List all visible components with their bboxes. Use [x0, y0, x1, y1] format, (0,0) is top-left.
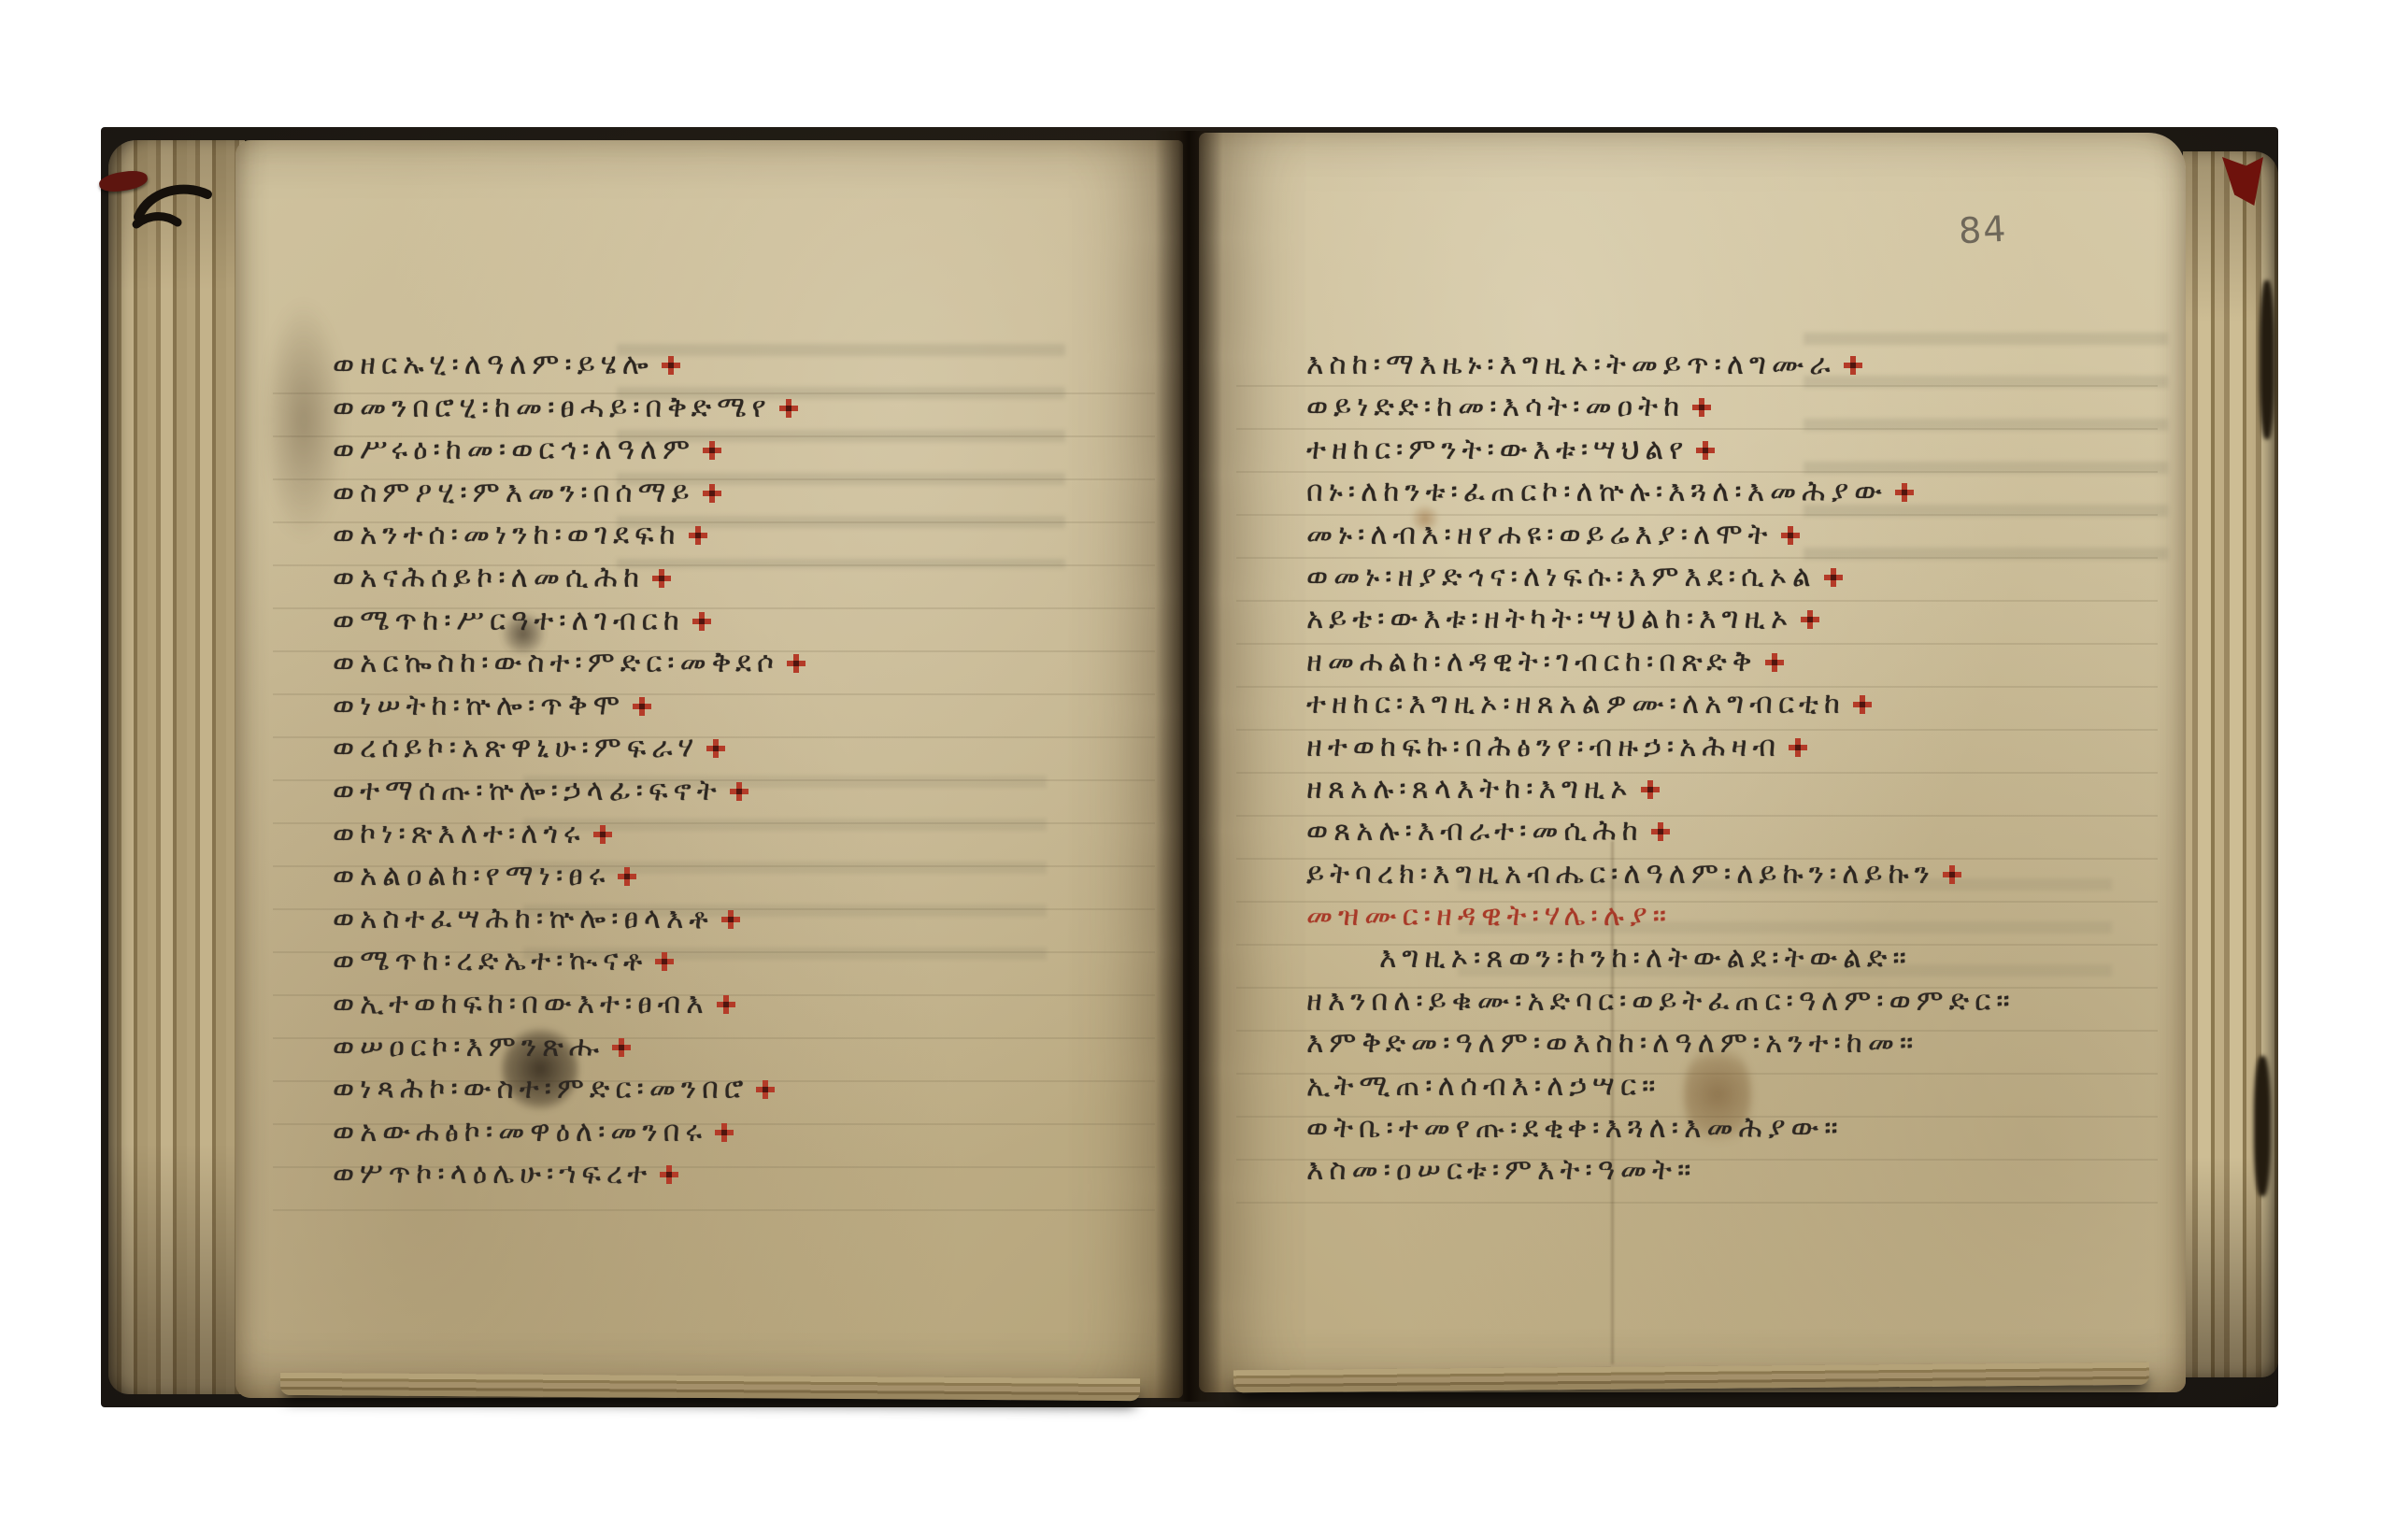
- line-text: ወመንበሮሂ፡ከመ፡ፀሓይ፡በቅድሜየ: [333, 391, 772, 424]
- line-text: ወመኑ፡ዘያድኅና፡ለነፍሱ፡እምእደ፡ሲኦል: [1306, 560, 1817, 593]
- cross-mark-icon: [706, 739, 725, 758]
- line-text: መኑ፡ለብእ፡ዘየሐዩ፡ወይሬእያ፡ለሞት: [1306, 518, 1774, 551]
- text-line: ወአስተፈሣሕከ፡ኵሎ፡ፀላእቶ: [333, 898, 1155, 941]
- cross-mark-icon: [730, 782, 749, 801]
- line-text: እስመ፡ዐሠርቱ፡ምእት፡ዓመት።: [1306, 1153, 1696, 1187]
- text-line: ወስምዖሂ፡ምእመን፡በሰማይ: [333, 472, 1155, 515]
- line-text: ዘጸአሉ፡ጸላእትከ፡እግዚኦ: [1306, 772, 1633, 806]
- line-text: ወነጻሕኮ፡ውስተ፡ምድር፡መንበሮ: [333, 1072, 749, 1105]
- text-line: ወመንበሮሂ፡ከመ፡ፀሓይ፡በቅድሜየ: [333, 387, 1155, 430]
- cross-mark-icon: [1765, 653, 1784, 672]
- cross-mark-icon: [717, 995, 735, 1014]
- text-line: ወአውሐፅኮ፡መዋዕለ፡መንበሩ: [333, 1111, 1155, 1154]
- text-line: ወሜጥከ፡ረድኤተ፡ኲናቶ: [333, 940, 1155, 983]
- cross-mark-icon: [1824, 568, 1843, 587]
- line-text: ወአስተፈሣሕከ፡ኵሎ፡ፀላእቶ: [333, 902, 714, 935]
- cross-mark-icon: [1844, 356, 1862, 375]
- line-text: ወዘርኡሂ፡ለዓለም፡ይሄሎ: [333, 348, 654, 381]
- cross-mark-icon: [1651, 822, 1670, 841]
- line-text: ወሠዐርኮ፡እምንጽሑ: [333, 1030, 605, 1063]
- cross-mark-icon: [652, 569, 671, 588]
- text-line: ተዘከር፡ምንት፡ውእቱ፡ሣህልየ: [1306, 429, 2185, 471]
- line-text: ወኮነ፡ጽእለተ፡ለጎሩ: [333, 817, 586, 850]
- line-text: አይቴ፡ውእቱ፡ዘትካት፡ሣህልከ፡እግዚኦ: [1306, 602, 1793, 635]
- rubric-line: መዝሙር፡ዘዳዊት፡ሃሌ፡ሉያ።: [1306, 895, 2185, 937]
- cross-mark-icon: [612, 1038, 631, 1057]
- text-line: በኑ፡ለከንቱ፡ፈጠርኮ፡ለኵሉ፡እጓለ፡እመሕያው: [1306, 471, 2185, 513]
- line-text: ኢትሚጠ፡ለሰብእ፡ለኃሣር።: [1306, 1069, 1661, 1103]
- cross-mark-icon: [1801, 610, 1819, 629]
- cross-mark-icon: [787, 654, 806, 673]
- line-text: ወአናሕሰይኮ፡ለመሲሕከ: [333, 561, 645, 594]
- text-line: ዘጸአሉ፡ጸላእትከ፡እግዚኦ: [1306, 768, 2185, 810]
- line-text: ወሜጥከ፡ሥርዓተ፡ለገብርከ: [333, 604, 685, 637]
- cross-mark-icon: [593, 825, 612, 844]
- line-text: ዘእንበለ፡ይቁሙ፡አድባር፡ወይትፈጠር፡ዓለም፡ወምድር።: [1306, 984, 2016, 1018]
- cross-mark-icon: [721, 910, 740, 929]
- cross-mark-icon: [1853, 695, 1872, 714]
- cross-mark-icon: [779, 399, 798, 418]
- line-text: ወአርኰስከ፡ውስተ፡ምድር፡መቅደሶ: [333, 646, 779, 679]
- text-line: ወነሠትከ፡ኵሎ፡ጥቅሞ: [333, 685, 1155, 728]
- line-text: ወትቤ፡ተመየጡ፡ደቂቀ፡እጓለ፡እመሕያው።: [1306, 1111, 1844, 1145]
- leaf-gap: [2260, 280, 2274, 439]
- line-text: ዘተወከፍኩ፡በሕፅንየ፡ብዙኃ፡አሕዛብ: [1306, 730, 1781, 763]
- cross-mark-icon: [1696, 441, 1715, 460]
- cross-mark-icon: [660, 1165, 678, 1184]
- text-line: ወዘርኡሂ፡ለዓለም፡ይሄሎ: [333, 344, 1155, 387]
- cross-mark-icon: [662, 356, 680, 375]
- cross-mark-icon: [618, 867, 636, 886]
- text-line: መኑ፡ለብእ፡ዘየሐዩ፡ወይሬእያ፡ለሞት: [1306, 514, 2185, 556]
- right-page-text: እስከ፡ማእዜኑ፡እግዚኦ፡ትመይጥ፡ለግሙራ ወይነድድ፡ከመ፡እሳት፡መዐት…: [1306, 344, 2185, 1192]
- line-text: መዝሙር፡ዘዳዊት፡ሃሌ፡ሉያ።: [1306, 899, 1672, 933]
- text-line: ዘተወከፍኩ፡በሕፅንየ፡ብዙኃ፡አሕዛብ: [1306, 726, 2185, 768]
- line-text: በኑ፡ለከንቱ፡ፈጠርኮ፡ለኵሉ፡እጓለ፡እመሕያው: [1306, 475, 1888, 508]
- text-line: ወሦጥኮ፡ላዕሌሁ፡ኀፍረተ: [333, 1153, 1155, 1196]
- line-text: ወሦጥኮ፡ላዕሌሁ፡ኀፍረተ: [333, 1157, 652, 1191]
- text-line: ወመኑ፡ዘያድኅና፡ለነፍሱ፡እምእደ፡ሲኦል: [1306, 556, 2185, 598]
- text-line: ወሠዐርኮ፡እምንጽሑ: [333, 1026, 1155, 1069]
- line-text: እግዚኦ፡ጸወን፡ኮንከ፡ለትውልደ፡ትውልድ።: [1379, 941, 1912, 975]
- text-line: ወሥሩዕ፡ከመ፡ወርኅ፡ለዓለም: [333, 429, 1155, 472]
- line-text: ወነሠትከ፡ኵሎ፡ጥቅሞ: [333, 689, 625, 722]
- gutter-shadow: [1155, 131, 1222, 1402]
- text-line: ዘእንበለ፡ይቁሙ፡አድባር፡ወይትፈጠር፡ዓለም፡ወምድር።: [1306, 980, 2185, 1022]
- line-text: ወአንተሰ፡መነንከ፡ወገደፍከ: [333, 518, 681, 551]
- cross-mark-icon: [689, 526, 707, 545]
- text-line: ተዘከር፡እግዚኦ፡ዘጸአልዎሙ፡ለአግብርቲከ: [1306, 683, 2185, 725]
- line-text: ተዘከር፡እግዚኦ፡ዘጸአልዎሙ፡ለአግብርቲከ: [1306, 687, 1846, 720]
- cross-mark-icon: [1943, 865, 1961, 884]
- text-line: አይቴ፡ውእቱ፡ዘትካት፡ሣህልከ፡እግዚኦ: [1306, 598, 2185, 640]
- cross-mark-icon: [715, 1123, 734, 1142]
- cross-mark-icon: [655, 952, 674, 971]
- cross-mark-icon: [1641, 780, 1660, 799]
- text-line: ወይነድድ፡ከመ፡እሳት፡መዐትከ: [1306, 386, 2185, 428]
- line-text: ወሥሩዕ፡ከመ፡ወርኅ፡ለዓለም: [333, 433, 695, 466]
- text-line: ወጸአሉ፡እብራተ፡መሲሕከ: [1306, 810, 2185, 852]
- line-text: ወተማሰጡ፡ኵሎ፡ኃላፊ፡ፍኖት: [333, 774, 722, 807]
- cross-mark-icon: [1781, 526, 1800, 545]
- text-line: ወነጻሕኮ፡ውስተ፡ምድር፡መንበሮ: [333, 1068, 1155, 1111]
- text-line: ወተማሰጡ፡ኵሎ፡ኃላፊ፡ፍኖት: [333, 770, 1155, 813]
- text-line: ወትቤ፡ተመየጡ፡ደቂቀ፡እጓለ፡እመሕያው።: [1306, 1107, 2185, 1149]
- text-line: ወአልዐልከ፡የማነ፡ፀሩ: [333, 855, 1155, 898]
- text-line: ኢትሚጠ፡ለሰብእ፡ለኃሣር።: [1306, 1065, 2185, 1107]
- cross-mark-icon: [703, 484, 721, 503]
- left-page-text: ወዘርኡሂ፡ለዓለም፡ይሄሎ ወመንበሮሂ፡ከመ፡ፀሓይ፡በቅድሜየ ወሥሩዕ፡…: [333, 344, 1155, 1196]
- line-text: ወአውሐፅኮ፡መዋዕለ፡መንበሩ: [333, 1115, 707, 1148]
- text-line: ወሜጥከ፡ሥርዓተ፡ለገብርከ: [333, 600, 1155, 643]
- text-line: እስከ፡ማእዜኑ፡እግዚኦ፡ትመይጥ፡ለግሙራ: [1306, 344, 2185, 386]
- text-line: ወረሰይኮ፡አጽዋኒሁ፡ምፍራሃ: [333, 727, 1155, 770]
- line-text: ወስምዖሂ፡ምእመን፡በሰማይ: [333, 476, 695, 509]
- line-text: ዘመሐልከ፡ለዳዊት፡ገብርከ፡በጽድቅ: [1306, 645, 1758, 678]
- line-text: እምቅድመ፡ዓለም፡ወእስከ፡ለዓለም፡አንተ፡ከመ።: [1306, 1026, 1918, 1060]
- leaf-gap: [2254, 1056, 2271, 1196]
- left-page-edge-stack: [108, 140, 245, 1394]
- cross-mark-icon: [703, 441, 721, 460]
- line-text: ወኢተወከፍከ፡በውእተ፡ፀብእ: [333, 987, 709, 1020]
- text-line: ወኢተወከፍከ፡በውእተ፡ፀብእ: [333, 983, 1155, 1026]
- line-text: ተዘከር፡ምንት፡ውእቱ፡ሣህልየ: [1306, 433, 1689, 466]
- manuscript-photo: 84 ወዘርኡሂ፡ለዓለም፡ይሄሎ ወመንበሮሂ፡ከመ፡ፀሓይ፡በቅድሜየ ወሥ…: [0, 0, 2381, 1540]
- cross-mark-icon: [633, 697, 651, 716]
- cross-mark-icon: [1789, 738, 1807, 757]
- text-line: እግዚኦ፡ጸወን፡ኮንከ፡ለትውልደ፡ትውልድ።: [1306, 937, 2185, 979]
- text-line: ወአናሕሰይኮ፡ለመሲሕከ: [333, 557, 1155, 600]
- cross-mark-icon: [756, 1080, 775, 1099]
- cross-mark-icon: [1692, 398, 1711, 417]
- text-line: ወአንተሰ፡መነንከ፡ወገደፍከ: [333, 514, 1155, 557]
- text-line: ወአርኰስከ፡ውስተ፡ምድር፡መቅደሶ: [333, 642, 1155, 685]
- cross-mark-icon: [692, 612, 711, 631]
- line-text: ወአልዐልከ፡የማነ፡ፀሩ: [333, 859, 610, 892]
- folio-number: 84: [1958, 208, 2009, 252]
- line-text: ይትባረክ፡እግዚአብሔር፡ለዓለም፡ለይኩን፡ለይኩን: [1306, 857, 1935, 891]
- line-text: ወሜጥከ፡ረድኤተ፡ኲናቶ: [333, 944, 648, 977]
- text-line: እምቅድመ፡ዓለም፡ወእስከ፡ለዓለም፡አንተ፡ከመ።: [1306, 1022, 2185, 1064]
- line-text: ወጸአሉ፡እብራተ፡መሲሕከ: [1306, 814, 1644, 848]
- line-text: ወይነድድ፡ከመ፡እሳት፡መዐትከ: [1306, 390, 1685, 423]
- text-line: ወኮነ፡ጽእለተ፡ለጎሩ: [333, 813, 1155, 856]
- text-line: ይትባረክ፡እግዚአብሔር፡ለዓለም፡ለይኩን፡ለይኩን: [1306, 853, 2185, 895]
- text-line: ዘመሐልከ፡ለዳዊት፡ገብርከ፡በጽድቅ: [1306, 641, 2185, 683]
- cross-mark-icon: [1895, 483, 1914, 502]
- line-text: እስከ፡ማእዜኑ፡እግዚኦ፡ትመይጥ፡ለግሙራ: [1306, 348, 1836, 381]
- text-line: እስመ፡ዐሠርቱ፡ምእት፡ዓመት።: [1306, 1149, 2185, 1191]
- line-text: ወረሰይኮ፡አጽዋኒሁ፡ምፍራሃ: [333, 731, 699, 764]
